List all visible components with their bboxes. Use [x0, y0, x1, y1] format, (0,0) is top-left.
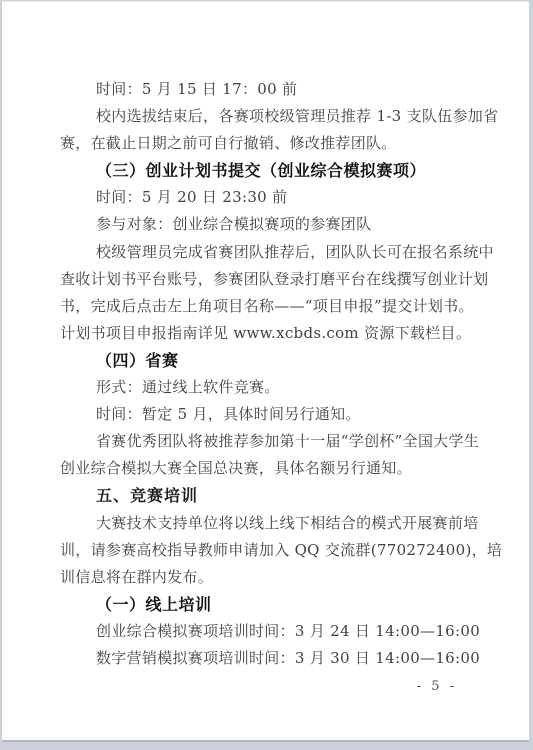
text-line: 数字营销模拟赛项培训时间：3 月 30 日 14:00—16:00 [60, 645, 519, 672]
text-line: 时间：暂定 5 月，具体时间另行通知。 [60, 401, 519, 428]
text-line: 省赛优秀团队将被推荐参加第十一届“学创杯”全国大学生 [60, 428, 519, 455]
document-page: 时间：5 月 15 日 17：00 前校内选拔结束后，各赛项校级管理员推荐 1-… [2, 1, 529, 742]
text-line: 参与对象：创业综合模拟赛项的参赛团队 [60, 211, 519, 238]
text-line: 赛，在截止日期之前可自行撤销、修改推荐团队。 [60, 130, 519, 157]
section-heading: 五、竞赛培训 [60, 482, 519, 509]
section-heading: （一）线上培训 [60, 591, 519, 618]
text-line: 校内选拔结束后，各赛项校级管理员推荐 1-3 支队伍参加省 [60, 103, 519, 130]
text-line: 时间：5 月 15 日 17：00 前 [60, 76, 519, 103]
text-line: 大赛技术支持单位将以线上线下相结合的模式开展赛前培 [60, 510, 519, 537]
text-line: 书，完成后点击左上角项目名称——“项目申报”提交计划书。 [60, 293, 519, 320]
text-line: 校级管理员完成省赛团队推荐后，团队队长可在报名系统中 [60, 239, 519, 266]
page-number: - 5 - [417, 679, 457, 695]
document-viewport: { "page": { "background_color": "#ccd2da… [0, 0, 533, 750]
text-line: 训信息将在群内发布。 [60, 564, 519, 591]
section-heading: （四）省赛 [60, 347, 519, 374]
text-line: 形式：通过线上软件竞赛。 [60, 374, 519, 401]
text-line: 查收计划书平台账号，参赛团队登录打磨平台在线撰写创业计划 [60, 266, 519, 293]
document-body: 时间：5 月 15 日 17：00 前校内选拔结束后，各赛项校级管理员推荐 1-… [60, 76, 519, 672]
text-line: 时间：5 月 20 日 23:30 前 [60, 184, 519, 211]
text-line: 创业综合模拟赛项培训时间：3 月 24 日 14:00—16:00 [60, 618, 519, 645]
text-line: 创业综合模拟大赛全国总决赛，具体名额另行通知。 [60, 455, 519, 482]
section-heading: （三）创业计划书提交（创业综合模拟赛项） [60, 157, 519, 184]
text-line: 计划书项目申报指南详见 www.xcbds.com 资源下载栏目。 [60, 320, 519, 347]
text-line: 训，请参赛高校指导教师申请加入 QQ 交流群(770272400)，培 [60, 537, 519, 564]
